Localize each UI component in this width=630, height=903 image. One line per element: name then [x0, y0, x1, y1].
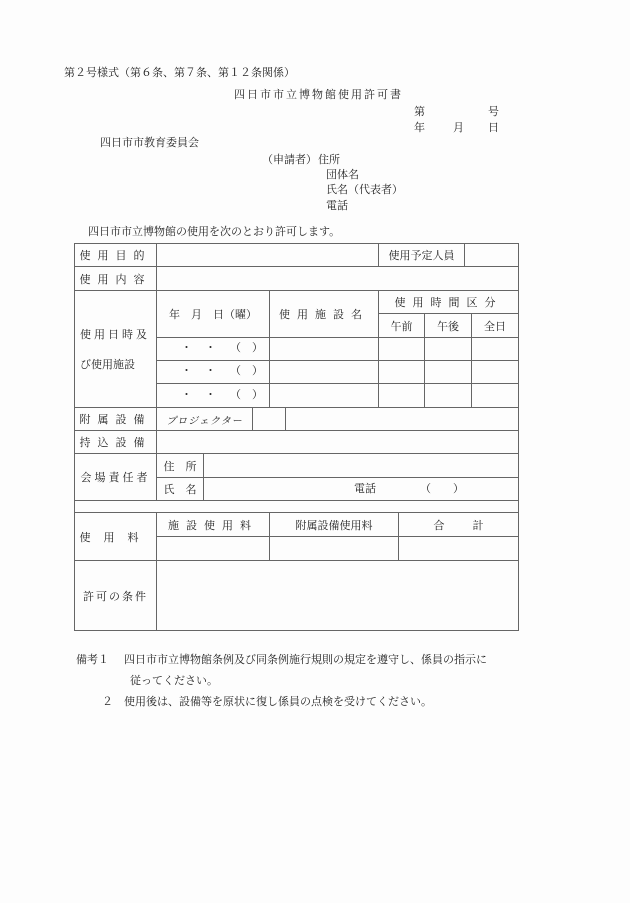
- fee-label: 使用料: [75, 513, 156, 560]
- equipment-label: 附属設備: [75, 408, 156, 430]
- content-label: 使用内容: [75, 267, 156, 290]
- manager-phone-label: 電話: [354, 482, 376, 496]
- table-line: [156, 337, 519, 338]
- applicant-name-label: 氏名（代表者）: [326, 183, 403, 197]
- addressee: 四日市市教育委員会: [100, 136, 199, 150]
- weekday-paren: （ ）: [230, 364, 263, 378]
- note-1-line2: 従ってください。: [130, 674, 218, 688]
- table-line: [203, 453, 204, 500]
- applicant-organization-label: 団体名: [326, 168, 359, 182]
- datetime-label-line2: び使用施設: [80, 358, 135, 372]
- facility-header: 使用施設名: [270, 291, 378, 337]
- fee-col-equipment: 附属設備使用料: [270, 513, 398, 536]
- time-header: 使用時間区分: [379, 291, 518, 313]
- date-month: 月: [453, 121, 464, 135]
- date-dot: ・: [181, 341, 192, 355]
- manager-name-label: 氏 名: [157, 478, 203, 500]
- carry-in-field[interactable]: [157, 431, 518, 453]
- note-2: 使用後は、設備等を原状に復し係員の点検を受けてください。: [124, 695, 432, 709]
- table-line: [156, 477, 519, 478]
- number-suffix: 号: [488, 105, 499, 119]
- form-number: 第２号様式（第６条、第７条、第１２条関係）: [64, 66, 295, 80]
- time-col-pm: 午後: [425, 314, 471, 337]
- conditions-label: 許可の条件: [75, 561, 156, 630]
- projector-checkbox[interactable]: [253, 408, 285, 430]
- table-line: [285, 407, 286, 430]
- table-border: [518, 243, 519, 631]
- expected-people-label: 使用予定人員: [379, 244, 464, 266]
- document-title: 四日市市立博物館使用許可書: [234, 88, 403, 102]
- time-col-am: 午前: [379, 314, 424, 337]
- number-prefix: 第: [414, 105, 425, 119]
- table-line: [156, 360, 519, 361]
- date-dot: ・: [181, 364, 192, 378]
- manager-phone-paren: （ ）: [420, 482, 464, 496]
- datetime-label-line1: 使用日時及: [80, 328, 150, 342]
- manager-label: 会場責任者: [75, 454, 156, 500]
- note-1-line1: 四日市市立博物館条例及び同条例施行規則の規定を遵守し、係員の指示に: [124, 653, 487, 667]
- purpose-field[interactable]: [157, 244, 378, 266]
- manager-address-label: 住 所: [157, 454, 203, 477]
- date-dot: ・: [205, 341, 216, 355]
- date-header: 年 月 日（曜）: [157, 291, 269, 337]
- intro-text: 四日市市立博物館の使用を次のとおり許可します。: [88, 225, 340, 239]
- table-border: [74, 630, 519, 631]
- carry-in-label: 持込設備: [75, 431, 156, 453]
- weekday-paren: （ ）: [230, 388, 263, 402]
- date-dot: ・: [205, 388, 216, 402]
- date-dot: ・: [205, 364, 216, 378]
- expected-people-field[interactable]: [465, 244, 518, 266]
- conditions-field[interactable]: [157, 561, 518, 630]
- content-field[interactable]: [157, 267, 518, 290]
- table-line: [156, 383, 519, 384]
- date-year: 年: [414, 121, 425, 135]
- purpose-label: 使用目的: [75, 244, 156, 266]
- applicant-address-label: 住所: [318, 153, 340, 167]
- applicant-label: （申請者）: [262, 153, 317, 167]
- date-dot: ・: [181, 388, 192, 402]
- projector-label: プロジェクター: [157, 408, 252, 430]
- time-col-allday: 全日: [472, 314, 518, 337]
- table-line: [74, 500, 519, 501]
- date-day: 日: [488, 121, 499, 135]
- weekday-paren: （ ）: [230, 341, 263, 355]
- notes-prefix: 備考１: [76, 653, 109, 667]
- fee-col-total: 合計: [399, 513, 518, 536]
- note-2-number: ２: [102, 695, 113, 709]
- fee-col-facility: 施設使用料: [157, 513, 269, 536]
- applicant-phone-label: 電話: [326, 199, 348, 213]
- table-line: [156, 536, 519, 537]
